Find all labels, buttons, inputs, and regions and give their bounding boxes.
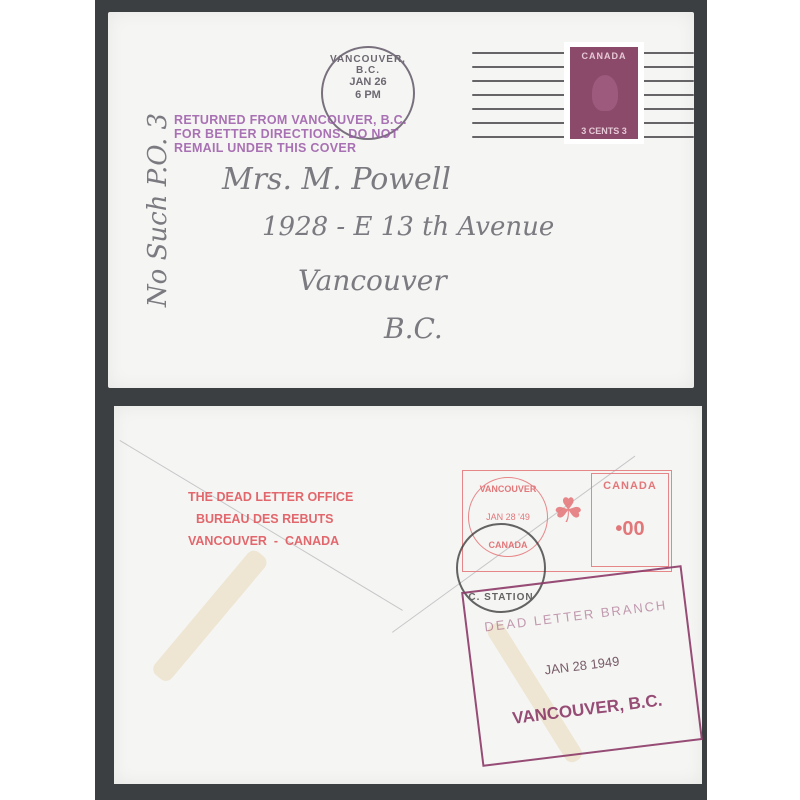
- postmark-date: JAN 266 PM: [323, 76, 413, 102]
- maple-leaf-icon: ☘: [553, 491, 583, 531]
- stamp-value: 3 CENTS 3: [570, 126, 638, 136]
- address-name: Mrs. M. Powell: [222, 162, 451, 197]
- meter-value-box: CANADA •00: [591, 473, 669, 567]
- receipt-box-handstamp: DEAD LETTER BRANCH JAN 28 1949 VANCOUVER…: [461, 565, 703, 767]
- address-city: Vancouver: [298, 264, 447, 297]
- address-street: 1928 - E 13 th Avenue: [262, 212, 554, 242]
- stamp-country: CANADA: [570, 51, 638, 61]
- address-province: B.C.: [384, 312, 443, 345]
- king-portrait-icon: [592, 75, 618, 111]
- pencil-note: No Such P.O. 3: [143, 113, 173, 307]
- dead-letter-office-handstamp: THE DEAD LETTER OFFICE BUREAU DES REBUTS…: [188, 486, 353, 552]
- returned-handstamp: RETURNED FROM VANCOUVER, B.C. FOR BETTER…: [174, 113, 407, 155]
- postage-stamp: CANADA 3 CENTS 3: [564, 42, 644, 144]
- postmark-city: VANCOUVER, B.C.: [323, 54, 413, 76]
